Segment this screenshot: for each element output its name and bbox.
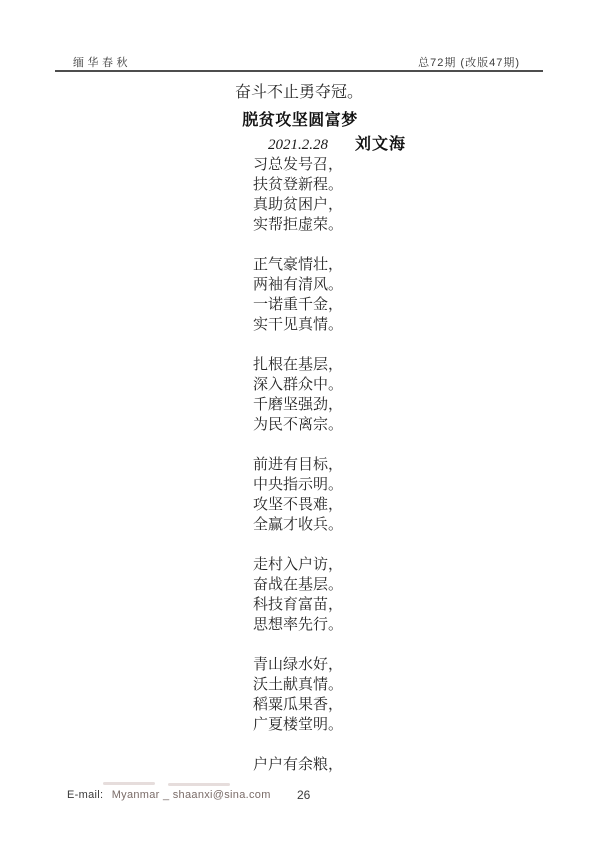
journal-title: 缅华春秋	[73, 54, 131, 70]
poem-stanza: 前进有目标， 中央指示明。 攻坚不畏难， 全赢才收兵。	[253, 455, 343, 535]
poem-body: 习总发号召， 扶贫登新程。 真助贫困户， 实帮拒虚荣。 正气豪情壮， 两袖有清风…	[253, 155, 343, 775]
poem-stanza: 走村入户访， 奋战在基层。 科技育富苗， 思想率先行。	[253, 555, 343, 635]
poem-line: 为民不离宗。	[253, 415, 343, 435]
poem-line: 青山绿水好，	[253, 655, 343, 675]
poem-line-continuation: 户户有余粮，	[253, 755, 343, 775]
poem-line: 广夏楼堂明。	[253, 715, 343, 735]
poem-line: 扶贫登新程。	[253, 175, 343, 195]
poem-date: 2021.2.28	[268, 137, 328, 153]
poem-line: 扎根在基层，	[253, 355, 343, 375]
poem-line: 真助贫困户，	[253, 195, 343, 215]
issue-info: 总72期 (改版47期)	[418, 54, 520, 70]
scan-artifact	[103, 782, 155, 785]
magazine-page: 缅华春秋 总72期 (改版47期) 奋斗不止勇夺冠。 脱贫攻坚圆富梦 2021.…	[0, 0, 600, 848]
poem-line: 攻坚不畏难，	[253, 495, 343, 515]
poem-line: 前进有目标，	[253, 455, 343, 475]
poem-line: 深入群众中。	[253, 375, 343, 395]
poem-stanza: 正气豪情壮， 两袖有清风。 一诺重千金， 实干见真情。	[253, 255, 343, 335]
poem-line: 千磨坚强劲，	[253, 395, 343, 415]
poem-stanza: 扎根在基层， 深入群众中。 千磨坚强劲， 为民不离宗。	[253, 355, 343, 435]
poem-line: 习总发号召，	[253, 155, 343, 175]
previous-poem-ending-line: 奋斗不止勇夺冠。	[235, 83, 363, 103]
poem-line: 走村入户访，	[253, 555, 343, 575]
scan-artifact	[168, 783, 230, 786]
poem-author: 刘文海	[355, 136, 406, 153]
poem-line: 中央指示明。	[253, 475, 343, 495]
email-address[interactable]: Myanmar _ shaanxi@sina.com	[112, 789, 271, 801]
email-label: E-mail:	[67, 789, 103, 801]
poem-title: 脱贫攻坚圆富梦	[0, 109, 600, 133]
poem-byline: 2021.2.28 刘文海	[268, 135, 406, 155]
header-divider	[55, 70, 543, 72]
poem-line: 正气豪情壮，	[253, 255, 343, 275]
poem-line: 思想率先行。	[253, 615, 343, 635]
poem-line: 奋战在基层。	[253, 575, 343, 595]
poem-line: 实帮拒虚荣。	[253, 215, 343, 235]
page-number: 26	[297, 788, 310, 802]
footer: E-mail: Myanmar _ shaanxi@sina.com	[67, 789, 271, 801]
poem-stanza: 习总发号召， 扶贫登新程。 真助贫困户， 实帮拒虚荣。	[253, 155, 343, 235]
poem-line: 两袖有清风。	[253, 275, 343, 295]
poem-line: 全赢才收兵。	[253, 515, 343, 535]
poem-line: 科技育富苗，	[253, 595, 343, 615]
poem-line: 沃土献真情。	[253, 675, 343, 695]
poem-line: 稻粟瓜果香，	[253, 695, 343, 715]
poem-stanza: 青山绿水好， 沃土献真情。 稻粟瓜果香， 广夏楼堂明。	[253, 655, 343, 735]
poem-line: 实干见真情。	[253, 315, 343, 335]
poem-line: 一诺重千金，	[253, 295, 343, 315]
